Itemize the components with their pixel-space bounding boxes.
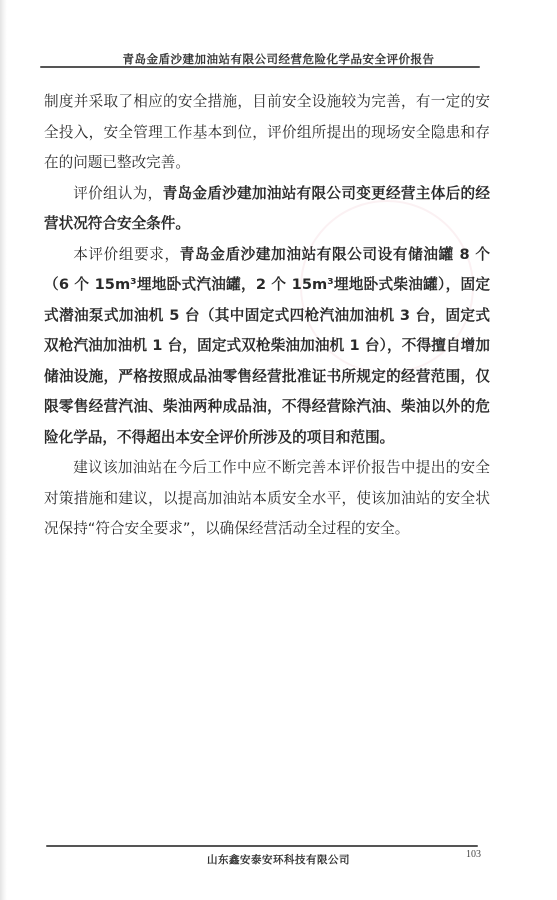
report-body: 制度并采取了相应的安全措施，目前安全设施较为完善，有一定的安全投入，安全管理工作… bbox=[44, 87, 490, 545]
paragraph-text: 制度并采取了相应的安全措施，目前安全设施较为完善，有一定的安全投入，安全管理工作… bbox=[44, 93, 490, 171]
paragraph-text: 本评价组要求， bbox=[73, 246, 180, 263]
footer-divider bbox=[46, 845, 478, 847]
report-header-title: 青岛金盾沙建加油站有限公司经营危险化学品安全评价报告 bbox=[0, 51, 557, 67]
paragraph-requirements: 本评价组要求，青岛金盾沙建加油站有限公司设有储油罐 8 个（6 个 15m³埋地… bbox=[44, 240, 490, 454]
paragraph-conclusion: 评价组认为，青岛金盾沙建加油站有限公司变更经营主体后的经营状况符合安全条件。 bbox=[44, 179, 490, 240]
paragraph-text: 评价组认为， bbox=[73, 185, 162, 202]
scan-page-edge bbox=[0, 0, 7, 900]
paragraph-bold-text: 青岛金盾沙建加油站有限公司设有储油罐 8 个（6 个 15m³埋地卧式汽油罐，2… bbox=[44, 246, 490, 446]
page-number: 103 bbox=[466, 849, 481, 860]
paragraph-recommendations: 建议该加油站在今后工作中应不断完善本评价报告中提出的安全对策措施和建议，以提高加… bbox=[44, 453, 490, 545]
paragraph-safety-measures: 制度并采取了相应的安全措施，目前安全设施较为完善，有一定的安全投入，安全管理工作… bbox=[44, 87, 490, 179]
paragraph-text: 建议该加油站在今后工作中应不断完善本评价报告中提出的安全对策措施和建议，以提高加… bbox=[44, 459, 490, 537]
header-divider bbox=[40, 66, 480, 68]
